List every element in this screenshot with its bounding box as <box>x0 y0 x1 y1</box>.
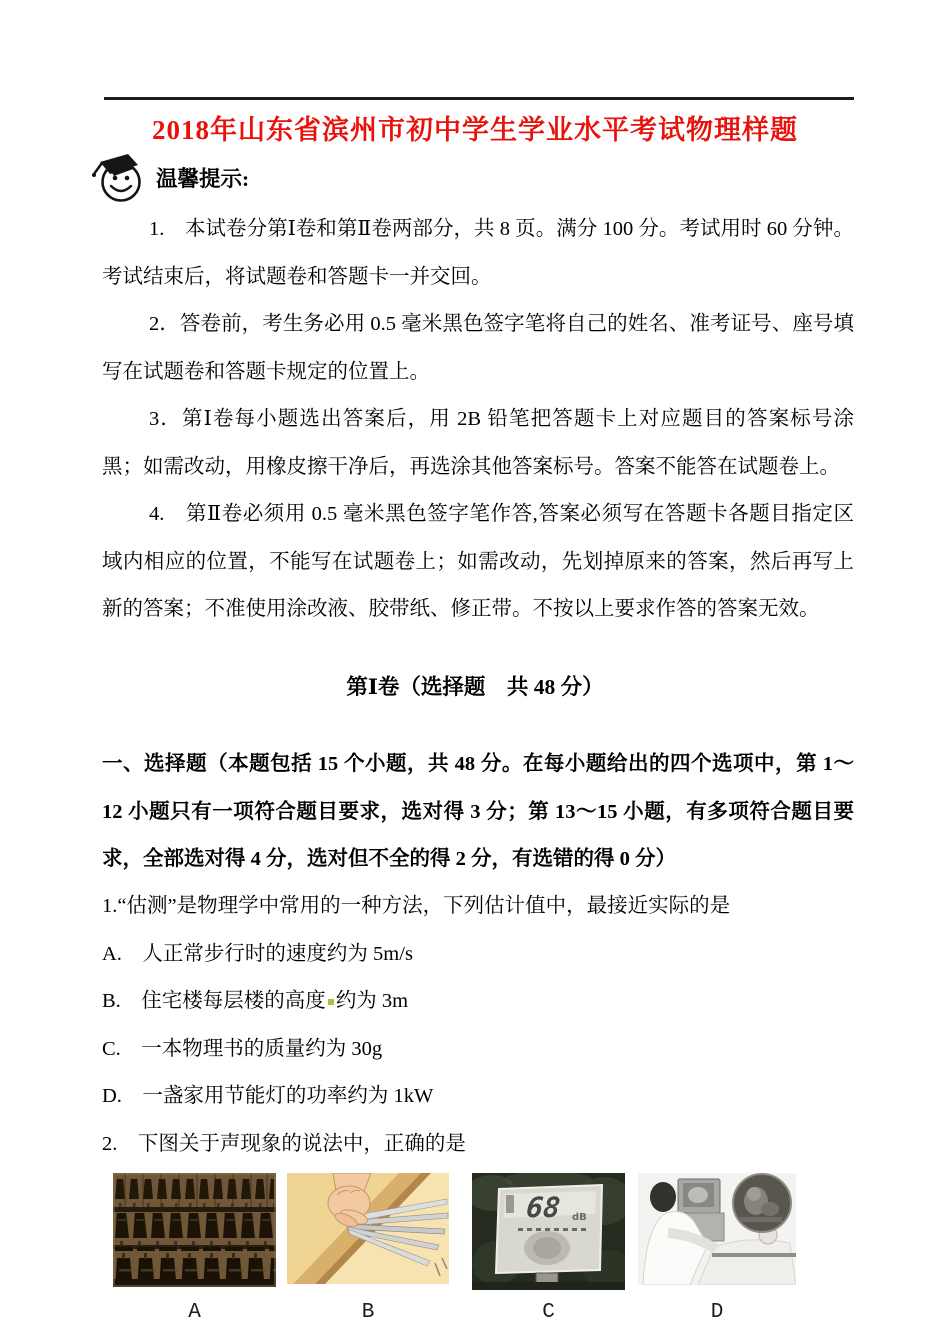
question-1-stem: 1.“估测”是物理学中常用的一种方法，下列估计值中，最接近实际的是 <box>102 883 854 931</box>
question-1-option-c: C. 一本物理书的质量约为 30g <box>102 1026 854 1074</box>
stray-mark <box>328 999 334 1005</box>
decibel-value: 68 <box>525 1191 562 1224</box>
option-b-text-1: B. 住宅楼每层楼的高度 <box>102 990 326 1012</box>
section-intro: 一、选择题（本题包括 15 个小题，共 48 分。在每小题给出的四个选项中，第 … <box>102 741 854 884</box>
tip-label: 温馨提示: <box>156 162 249 193</box>
noise-meter-photo: 68 dB <box>472 1173 625 1290</box>
option-b-text-2: 约为 3m <box>336 990 408 1012</box>
figure-c-label: C <box>472 1301 625 1324</box>
figure-b: B <box>287 1173 449 1324</box>
questions-block: 1.“估测”是物理学中常用的一种方法，下列估计值中，最接近实际的是 A. 人正常… <box>102 883 854 1168</box>
graduate-smiley-icon <box>90 150 146 204</box>
tip-row: 温馨提示: <box>90 150 249 204</box>
chime-bells-photo <box>113 1173 276 1287</box>
figure-c: 68 dB C <box>472 1173 625 1324</box>
ultrasound-exam-photo <box>638 1173 796 1285</box>
section-title: 第Ⅰ卷（选择题 共 48 分） <box>0 670 950 701</box>
figure-a-label: A <box>113 1301 276 1324</box>
page-title: 2018年山东省滨州市初中学生学业水平考试物理样题 <box>0 108 950 147</box>
notice-list: 1. 本试卷分第Ⅰ卷和第Ⅱ卷两部分，共 8 页。满分 100 分。考试用时 60… <box>102 206 854 634</box>
ruler-on-table-illustration <box>287 1173 449 1284</box>
notice-item-3: 3．第Ⅰ卷每小题选出答案后，用 2B 铅笔把答题卡上对应题目的答案标号涂黑；如需… <box>102 396 854 491</box>
question-1-option-b: B. 住宅楼每层楼的高度约为 3m <box>102 978 854 1026</box>
question-1-option-a: A. 人正常步行时的速度约为 5m/s <box>102 931 854 979</box>
notice-item-4: 4. 第Ⅱ卷必须用 0.5 毫米黑色签字笔作答,答案必须写在答题卡各题目指定区域… <box>102 491 854 634</box>
notice-item-2: 2．答卷前，考生务必用 0.5 毫米黑色签字笔将自己的姓名、准考证号、座号填写在… <box>102 301 854 396</box>
figure-b-label: B <box>287 1301 449 1324</box>
figure-d: D <box>638 1173 796 1324</box>
header-divider <box>104 97 854 100</box>
question-1-option-d: D. 一盏家用节能灯的功率约为 1kW <box>102 1073 854 1121</box>
figure-a: A <box>113 1173 276 1324</box>
decibel-unit: dB <box>572 1212 587 1223</box>
question-2-stem: 2. 下图关于声现象的说法中，正确的是 <box>102 1121 854 1169</box>
exam-page: 2018年山东省滨州市初中学生学业水平考试物理样题 温馨提示: 1. 本试卷分第… <box>0 0 950 1342</box>
notice-item-1: 1. 本试卷分第Ⅰ卷和第Ⅱ卷两部分，共 8 页。满分 100 分。考试用时 60… <box>102 206 854 301</box>
figure-d-label: D <box>638 1301 796 1324</box>
